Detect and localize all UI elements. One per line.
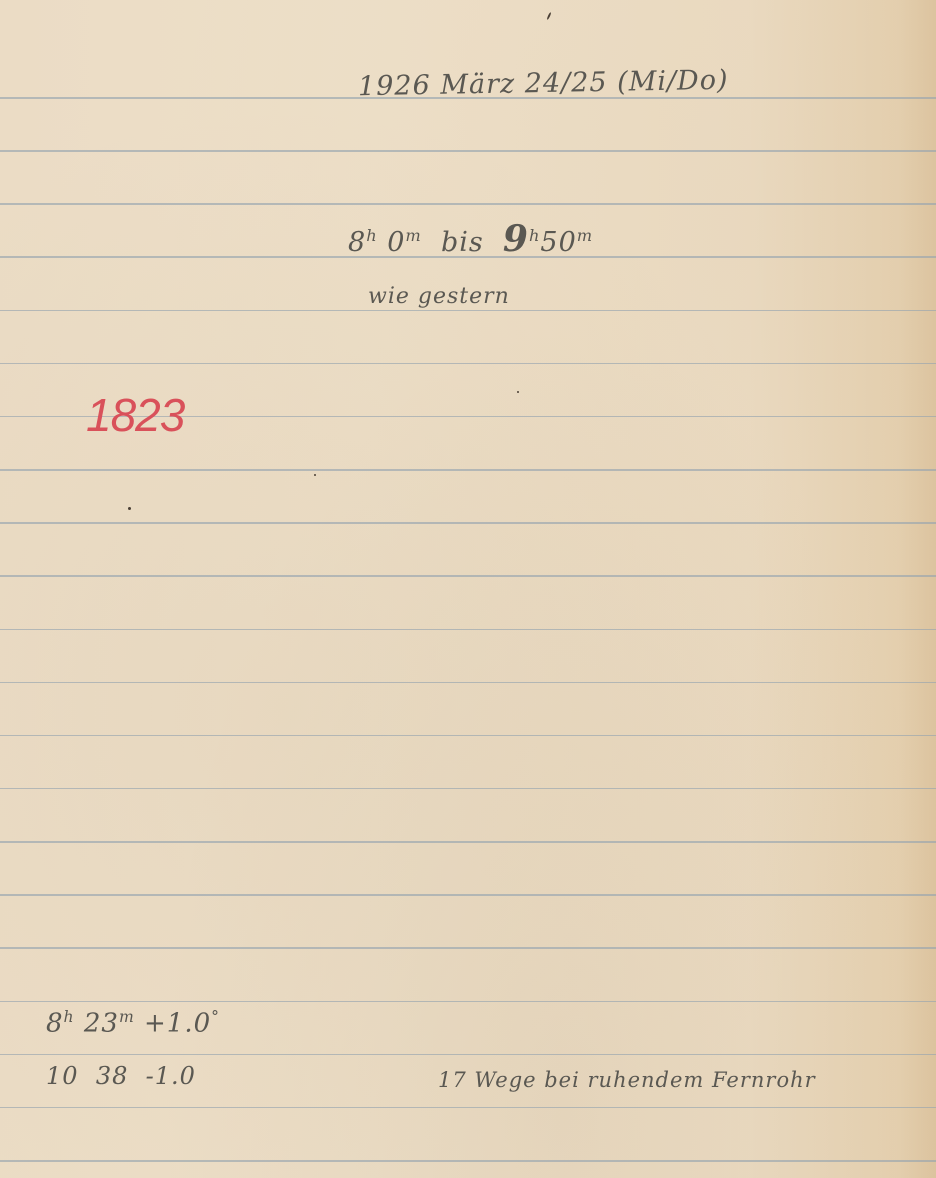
until-word: bis — [441, 227, 484, 258]
ink-speck — [314, 474, 316, 476]
ruled-line — [0, 788, 936, 790]
ruled-line — [0, 1160, 936, 1162]
start-hour-unit: h — [366, 226, 377, 245]
ruled-line — [0, 310, 936, 312]
end-hour-unit: h — [529, 226, 540, 245]
start-minute: 0 — [387, 227, 405, 258]
ruled-line — [0, 682, 936, 684]
ruled-line — [0, 575, 936, 577]
header-date: 1926 März 24/25 (Mi/Do) — [358, 65, 729, 102]
reading-minute-unit: m — [119, 1008, 135, 1026]
footnote: 17 Wege bei ruhendem Fernrohr — [438, 1068, 816, 1092]
reading-minute: 38 — [96, 1062, 129, 1090]
session-note: wie gestern — [368, 284, 510, 309]
ruled-line — [0, 947, 936, 949]
end-minute-unit: m — [577, 226, 593, 245]
ruled-line — [0, 522, 936, 524]
notebook-page: 1926 März 24/25 (Mi/Do) 8h 0m bis 9h50m … — [0, 0, 936, 1178]
ruled-line — [0, 363, 936, 365]
ruled-line — [0, 894, 936, 896]
ink-speck — [128, 507, 131, 510]
reading-hour: 8 — [46, 1009, 64, 1039]
ruled-line — [0, 150, 936, 152]
margin-number: 1823 — [86, 388, 184, 442]
ruled-line — [0, 469, 936, 471]
ruled-line — [0, 1054, 936, 1056]
reading-hour-unit: h — [64, 1008, 75, 1026]
reading-value-unit: ° — [211, 1008, 220, 1026]
ruled-line — [0, 841, 936, 843]
start-minute-unit: m — [405, 226, 421, 245]
reading-value: -1.0 — [146, 1062, 196, 1090]
session-time-range: 8h 0m bis 9h50m — [348, 218, 593, 260]
ruled-line — [0, 1001, 936, 1003]
end-minute: 50 — [540, 227, 576, 258]
reading-minute: 23 — [84, 1009, 119, 1039]
ruled-line — [0, 735, 936, 737]
ink-mark — [546, 12, 551, 20]
reading-row-2: 10 38 -1.0 — [46, 1062, 196, 1090]
reading-hour: 10 — [46, 1062, 79, 1090]
reading-value: +1.0 — [144, 1009, 211, 1039]
ink-speck — [517, 391, 519, 393]
ruled-line — [0, 203, 936, 205]
end-hour: 9 — [503, 218, 529, 260]
ruled-line — [0, 1107, 936, 1109]
reading-row-1: 8h 23m +1.0° — [46, 1008, 220, 1039]
ruled-line — [0, 629, 936, 631]
start-hour: 8 — [348, 227, 366, 258]
